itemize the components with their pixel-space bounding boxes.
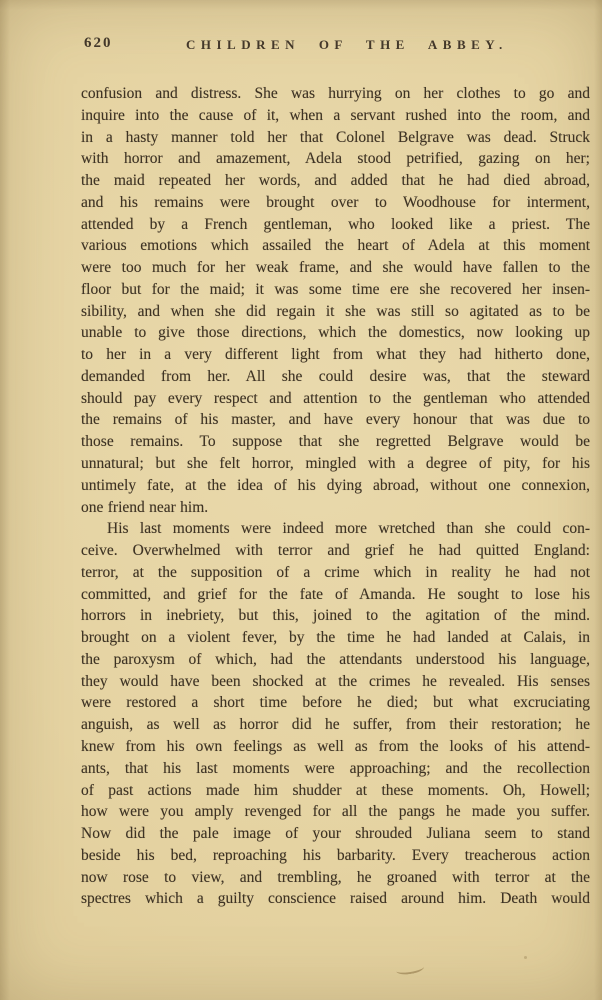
text-line: those remains. To suppose that she regre…	[81, 431, 590, 453]
text-line: unable to give those directions, which t…	[81, 322, 590, 344]
text-line: with horror and amazement, Adela stood p…	[81, 148, 590, 170]
text-line: various emotions which assailed the hear…	[81, 235, 590, 257]
text-line: beside his bed, reproaching his barbarit…	[81, 845, 590, 867]
text-line: ceive. Overwhelmed with terror and grief…	[81, 540, 590, 562]
text-line: spectres which a guilty conscience raise…	[81, 888, 590, 910]
ink-smudge	[395, 962, 424, 976]
text-line: untimely fate, at the idea of his dying …	[81, 475, 590, 497]
text-line: floor but for the maid; it was some time…	[81, 279, 590, 301]
text-line: now rose to view, and trembling, he groa…	[81, 867, 590, 889]
text-line: terror, at the supposition of a crime wh…	[81, 562, 590, 584]
text-line: and his remains were brought over to Woo…	[81, 192, 590, 214]
text-block: confusion and distress. She was hurrying…	[81, 83, 590, 910]
text-line: they would have been shocked at the crim…	[81, 671, 590, 693]
text-line: anguish, as well as horror did he suffer…	[81, 714, 590, 736]
text-line: to her in a very different light from wh…	[81, 344, 590, 366]
page-number: 620	[84, 35, 113, 52]
text-line: horrors in inebriety, but this, joined t…	[81, 605, 590, 627]
text-line: the paroxysm of which, had the attendant…	[81, 649, 590, 671]
paper-fleck	[524, 956, 527, 959]
text-line: inquire into the cause of it, when a ser…	[81, 105, 590, 127]
text-line: knew from his own feelings as well as fr…	[81, 736, 590, 758]
text-line: committed, and grief for the fate of Ama…	[81, 584, 590, 606]
text-line: Now did the pale image of your shrouded …	[81, 823, 590, 845]
book-page: 620 CHILDREN OF THE ABBEY. confusion and…	[0, 0, 602, 1000]
text-line: demanded from her. All she could desire …	[81, 366, 590, 388]
text-line: His last moments were indeed more wretch…	[81, 518, 590, 540]
text-line: in a hasty manner told her that Colonel …	[81, 127, 590, 149]
text-line: one friend near him.	[81, 497, 590, 519]
text-line: confusion and distress. She was hurrying…	[81, 83, 590, 105]
text-line: brought on a violent fever, by the time …	[81, 627, 590, 649]
text-line: should pay every respect and attention t…	[81, 388, 590, 410]
text-line: were too much for her weak frame, and sh…	[81, 257, 590, 279]
text-line: how were you amply revenged for all the …	[81, 801, 590, 823]
text-line: sibility, and when she did regain it she…	[81, 301, 590, 323]
text-line: were restored a short time before he die…	[81, 692, 590, 714]
text-line: unnatural; but she felt horror, mingled …	[81, 453, 590, 475]
text-line: of past actions made him shudder at thes…	[81, 780, 590, 802]
text-line: the remains of his master, and have ever…	[81, 409, 590, 431]
text-line: attended by a French gentleman, who look…	[81, 214, 590, 236]
running-title: CHILDREN OF THE ABBEY.	[186, 37, 508, 53]
text-line: the maid repeated her words, and added t…	[81, 170, 590, 192]
text-line: ants, that his last moments were approac…	[81, 758, 590, 780]
